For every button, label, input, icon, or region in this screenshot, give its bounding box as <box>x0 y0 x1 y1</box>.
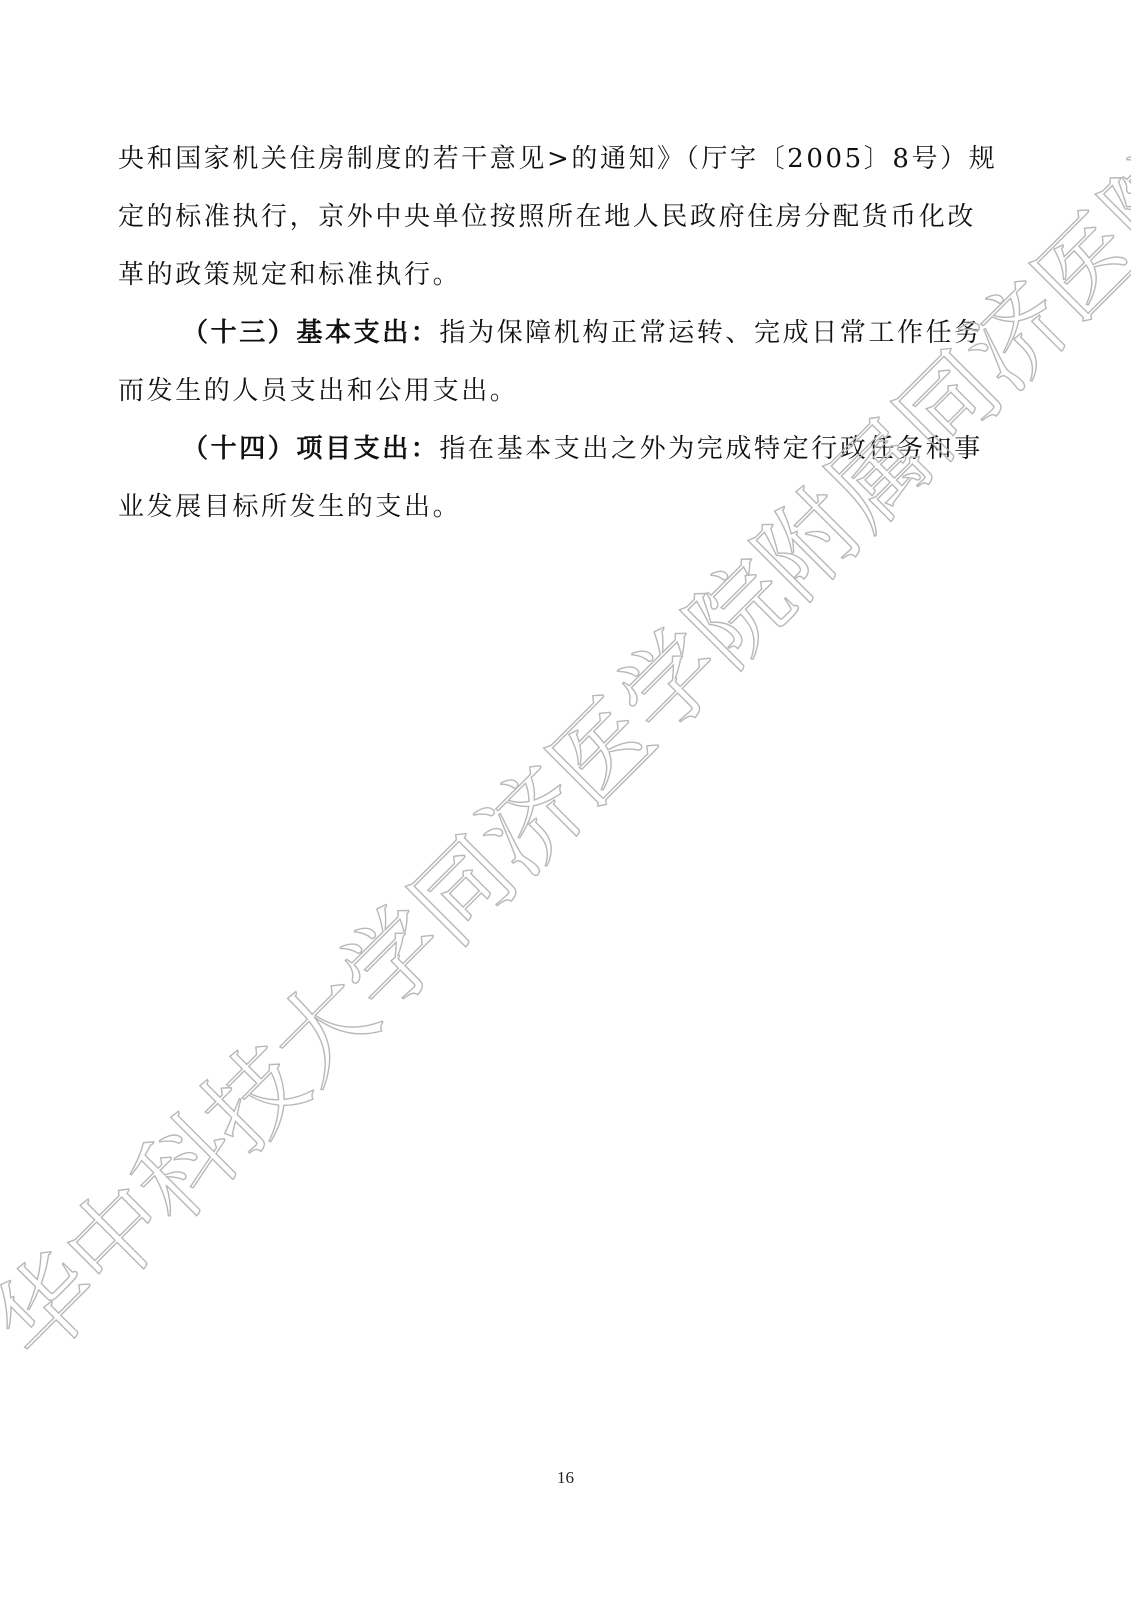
page-number: 16 <box>0 1468 1131 1488</box>
text-line: 革的政策规定和标准执行。 <box>118 246 1003 304</box>
term-heading: （十三）基本支出： <box>182 318 439 348</box>
text-line: 央和国家机关住房制度的若干意见>的通知》（厅字〔2005〕8号）规 <box>118 130 1003 188</box>
paragraph-housing-standards: 央和国家机关住房制度的若干意见>的通知》（厅字〔2005〕8号）规 定的标准执行… <box>118 130 1003 304</box>
text-line: 定的标准执行，京外中央单位按照所在地人民政府住房分配货币化改 <box>118 188 1003 246</box>
term-heading: （十四）项目支出： <box>182 434 439 464</box>
document-page: 央和国家机关住房制度的若干意见>的通知》（厅字〔2005〕8号）规 定的标准执行… <box>0 0 1131 1600</box>
text-line: （十三）基本支出：指为保障机构正常运转、完成日常工作任务 <box>118 304 1003 362</box>
definition-text: 指为保障机构正常运转、完成日常工作任务 <box>439 318 982 348</box>
